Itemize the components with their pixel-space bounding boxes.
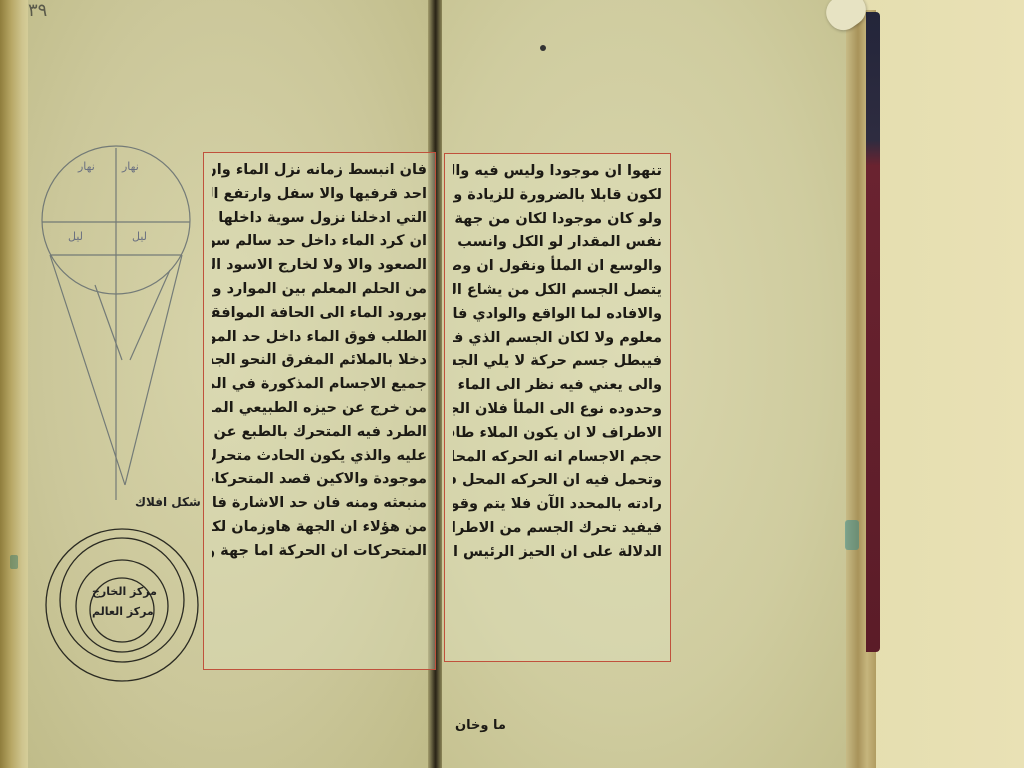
text-line: منبعثه ومنه فان حد الاشارة فان واحد بالم… [212,492,427,516]
eclipse-diagram [30,140,230,520]
paper-stain [845,520,859,550]
text-line: وحدوده نوع الى الملأ فلان الجسم الى فيه … [453,398,662,422]
text-line: يتصل الجسم الكل من يشاع المقدار معاده وا… [453,279,662,303]
text-line: من خرج عن حيزه الطبيعي المتحرك [212,397,427,421]
text-line: الدلالة على ان الحيز الرئيس الذي هو الاس… [453,541,662,565]
text-line: حجم الاجسام انه الحركه المحل الطبيعي هي … [453,446,662,470]
text-line: فان انبسط زمانه نزل الماء وان شدد لم ينظ… [212,159,427,183]
diagram-label: مركز الخارج [92,585,157,598]
text-line: دخلا بالملائم المفرق النحو الجسم الخفيف [212,349,427,373]
paper-stain [540,45,546,51]
text-line: بورود الماء الى الحافة الموافقة عليه [212,302,427,326]
text-line: احد قرفيها والا سفل وارتفع الجزء الجمع و… [212,183,427,207]
binding-spine [866,12,880,652]
paper-stain [10,555,18,569]
text-line: التي ادخلنا نزول سوية داخلها واما الحمل … [212,207,427,231]
diagram-label: نهار [78,160,95,173]
text-line: رادته بالمحدد الآن فلا يتم وقوع الحركة ف… [453,493,662,517]
left-page-edge [0,0,28,768]
text-line: ولو كان موجودا لكان من جهة حيز الكل في ا… [453,208,662,232]
text-line: معلوم ولا لكان الجسم الذي فيه انتقل لا م… [453,327,662,351]
diagram-label: ليل [68,230,83,243]
text-line: لكون قابلا بالضرورة للزيادة والنقصان وكذ… [453,184,662,208]
text-line: والافاده لما الواقع والوادي فان الجسم يم… [453,303,662,327]
text-line: والوسع ان الملأ ونقول ان وصفناه بحجوه وم… [453,255,662,279]
text-line: نفس المقدار لو الكل وانسب من خارج والآن … [453,231,662,255]
text-line: من هؤلاء ان الجهة هاوزمان لكانت حركة [212,516,427,540]
folio-number: ٣٩ [28,0,47,21]
text-line: ان كرد الماء داخل حد سالم سوره المفرق بح… [212,230,427,254]
text-line: فيبطل جسم حركة لا يلي الجسم المستوى حركة… [453,350,662,374]
text-line: جميع الاجسام المذكورة في الموضع الطبيعي [212,373,427,397]
text-line: موجودة والاكين قصد المتحركات بالحصول فيه… [212,468,427,492]
text-line: فيفيد تحرك الجسم من الاطراف الى الوسط فل… [453,517,662,541]
diagram-label: ليل [132,230,147,243]
text-line: الطرد فيه المتحرك بالطبع عن الموضع [212,421,427,445]
text-line: الصعود والا ولا لخارج الاسود المفرق نحوت… [212,254,427,278]
text-line: من الحلم المعلم بين الموارد ومحاس بالمسا… [212,278,427,302]
text-line: المتحركات ان الحركة اما جهة وذلك [212,540,427,564]
diagram-label: نهار [122,160,139,173]
manuscript-book: ٣٩ نهار نهار ليل ليل شكل افلاك مركز الخا… [0,0,900,768]
text-line: عليه والذي يكون الحادث متحرك والمتحرك [212,445,427,469]
text-line: الاطراف لا ان يكون الملاء طاقه لانقول ان… [453,422,662,446]
diagram-caption: شكل افلاك [135,495,201,509]
right-text-block: تنهوا ان موجودا وليس فيه والماكان عدما و… [444,153,671,662]
text-line: تنهوا ان موجودا وليس فيه والماكان عدما و… [453,160,662,184]
left-text-block: فان انبسط زمانه نزل الماء وان شدد لم ينظ… [203,152,436,670]
diagram-label: مركز العالم [92,605,154,618]
catchword: ما وخان [455,718,506,733]
text-line: وتحمل فيه ان الحركه المحل في جسم الخفيف [453,469,662,493]
text-line: والى يعني فيه نظر الى الماء نحو جسم الذي… [453,374,662,398]
text-line: الطلب فوق الماء داخل حد الموضع [212,326,427,350]
